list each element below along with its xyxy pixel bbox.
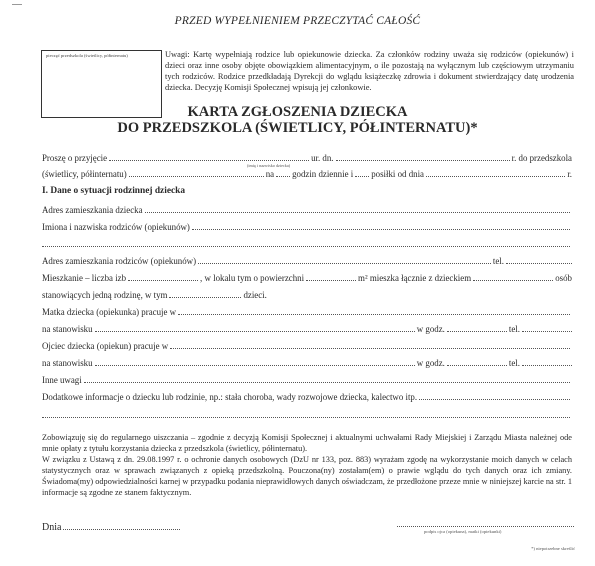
scan-mark: [12, 4, 22, 5]
parents-names-row: Imiona i nazwiska rodziców (opiekunów): [42, 220, 572, 234]
mother-position-field[interactable]: [95, 322, 415, 332]
child-address-label: Adres zamieszkania dziecka: [42, 203, 143, 217]
persons-field[interactable]: [473, 271, 553, 281]
notes-paragraph: Uwagi: Kartę wypełniają rodzice lub opie…: [165, 49, 574, 93]
declaration: Zobowiązuję się do regularnego uiszczani…: [42, 432, 572, 498]
family-label: stanowiących jedną rodzinę, w tym: [42, 288, 167, 302]
child-address-row: Adres zamieszkania dziecka: [42, 203, 572, 217]
born-label: ur. dn.: [311, 151, 333, 165]
area-label: , w lokalu tym o powierzchni: [200, 271, 304, 285]
to-kindergarten-label: r. do przedszkola: [512, 151, 572, 165]
mother-phone-field[interactable]: [522, 322, 572, 332]
form-title-line1: KARTA ZGŁOSZENIA DZIECKA: [0, 104, 595, 120]
area-field[interactable]: [306, 271, 356, 281]
for-label: na: [266, 167, 274, 181]
footnote: *) niepotrzebne skreślić: [531, 546, 575, 551]
parents-names-continued-row: [42, 237, 572, 251]
rooms-label: Mieszkanie – liczba izb: [42, 271, 126, 285]
father-works-label: Ojciec dziecka (opiekun) pracuje w: [42, 339, 168, 353]
instruction-note: PRZED WYPEŁNIENIEM PRZECZYTAĆ CAŁOŚĆ: [0, 15, 595, 27]
father-workplace-field[interactable]: [170, 339, 570, 349]
father-tel-label: tel.: [509, 356, 520, 370]
apartment-row: Mieszkanie – liczba izb , w lokalu tym o…: [42, 271, 572, 285]
mother-workplace-field[interactable]: [178, 305, 570, 315]
parents-address-label: Adres zamieszkania rodziców (opiekunów): [42, 254, 196, 268]
children-label: dzieci.: [243, 288, 266, 302]
signature-field[interactable]: [397, 526, 574, 527]
meals-field[interactable]: [355, 167, 369, 177]
year-suffix: r.: [567, 167, 572, 181]
additional-info-continued-row: [42, 408, 572, 422]
father-work-row: Ojciec dziecka (opiekun) pracuje w: [42, 339, 572, 353]
parents-address-row: Adres zamieszkania rodziców (opiekunów) …: [42, 254, 572, 268]
mother-hours-field[interactable]: [447, 322, 507, 332]
father-hours-label: w godz.: [417, 356, 445, 370]
stamp-box-label: pieczęć przedszkola (świetlicy, półinter…: [46, 53, 128, 58]
parents-address-field[interactable]: [198, 254, 491, 264]
child-name-field[interactable]: [109, 151, 309, 161]
request-label: Proszę o przyjęcie: [42, 151, 107, 165]
mother-work-row: Matka dziecka (opiekunka) pracuje w: [42, 305, 572, 319]
section-heading: I. Dane o sytuacji rodzinnej dziecka: [42, 186, 185, 196]
father-position-field[interactable]: [95, 356, 415, 366]
form-title-line2: DO PRZEDSZKOLA (ŚWIETLICY, PÓŁINTERNATU)…: [0, 120, 595, 136]
parents-names-field-2[interactable]: [42, 237, 570, 247]
birth-date-field[interactable]: [336, 151, 510, 161]
other-notes-field[interactable]: [84, 373, 570, 383]
additional-info-field[interactable]: [419, 390, 570, 400]
father-phone-field[interactable]: [522, 356, 572, 366]
father-hours-field[interactable]: [447, 356, 507, 366]
tel-label: tel.: [493, 254, 504, 268]
parents-phone-field[interactable]: [506, 254, 572, 264]
signature-label: podpis ojca (opiekuna), matki (opiekunki…: [424, 529, 501, 534]
hours-daily-label: godzin dziennie i: [292, 167, 353, 181]
father-position-row: na stanowisku w godz. tel.: [42, 356, 572, 370]
child-address-field[interactable]: [145, 203, 570, 213]
facility-field[interactable]: [129, 167, 264, 177]
data-consent-text: W związku z Ustawą z dn. 29.08.1997 r. o…: [42, 454, 572, 498]
father-position-label: na stanowisku: [42, 356, 93, 370]
admission-request-row: Proszę o przyjęcie ur. dn. r. do przedsz…: [42, 151, 572, 165]
date-row: Dnia: [42, 520, 182, 534]
facility-label: (świetlicy, półinternatu): [42, 167, 127, 181]
additional-info-field-2[interactable]: [42, 408, 570, 418]
other-notes-row: Inne uwagi: [42, 373, 572, 387]
mother-works-label: Matka dziecka (opiekunka) pracuje w: [42, 305, 176, 319]
additional-info-label: Dodatkowe informacje o dziecku lub rodzi…: [42, 390, 417, 404]
hours-field[interactable]: [276, 167, 290, 177]
mother-tel-label: tel.: [509, 322, 520, 336]
mother-position-row: na stanowisku w godz. tel.: [42, 322, 572, 336]
meals-from-label: posiłki od dnia: [371, 167, 424, 181]
mother-position-label: na stanowisku: [42, 322, 93, 336]
children-count-field[interactable]: [169, 288, 241, 298]
attendance-row: (świetlicy, półinternatu) na godzin dzie…: [42, 167, 572, 181]
date-field[interactable]: [63, 520, 180, 530]
persons-label: osób: [555, 271, 572, 285]
other-notes-label: Inne uwagi: [42, 373, 82, 387]
mother-hours-label: w godz.: [417, 322, 445, 336]
parents-names-label: Imiona i nazwiska rodziców (opiekunów): [42, 220, 190, 234]
family-row: stanowiących jedną rodzinę, w tym dzieci…: [42, 288, 572, 302]
additional-info-row: Dodatkowe informacje o dziecku lub rodzi…: [42, 390, 572, 404]
payment-obligation-text: Zobowiązuję się do regularnego uiszczani…: [42, 432, 572, 454]
m2-label: m² mieszka łącznie z dzieckiem: [358, 271, 471, 285]
rooms-field[interactable]: [128, 271, 198, 281]
parents-names-field[interactable]: [192, 220, 570, 230]
meals-start-date-field[interactable]: [426, 167, 565, 177]
date-label: Dnia: [42, 521, 61, 535]
